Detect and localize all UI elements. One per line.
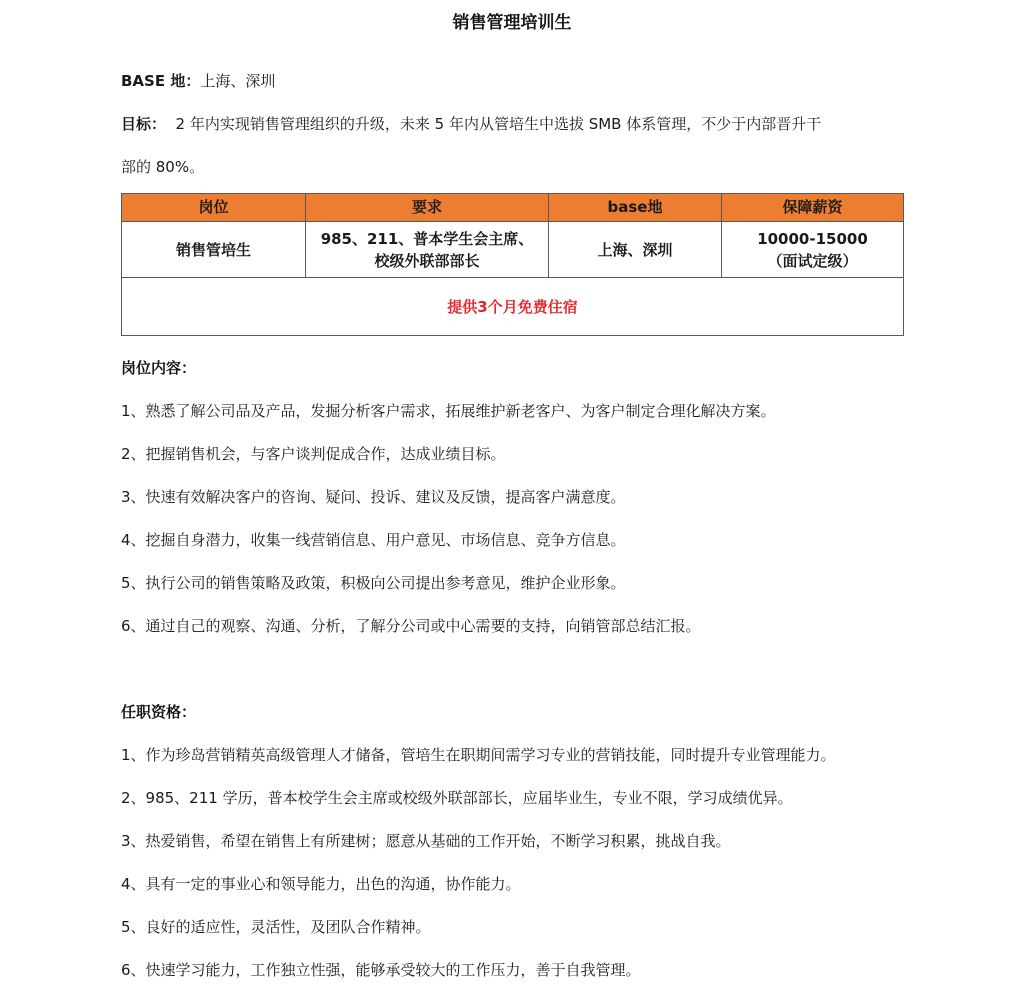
cell-position: 销售管培生 bbox=[122, 222, 306, 278]
goal-label: 目标： bbox=[121, 115, 166, 133]
header-base: base地 bbox=[549, 194, 722, 222]
qualification-item: 1、作为珍岛营销精英高级管理人才储备，管培生在职期间需学习专业的营销技能，同时提… bbox=[121, 744, 836, 765]
base-location: BASE 地：上海、深圳 bbox=[121, 70, 275, 91]
goal-text: 2 年内实现销售管理组织的升级，未来 5 年内从管培生中选拔 SMB 体系管理，… bbox=[166, 115, 821, 133]
base-label: BASE 地： bbox=[121, 72, 200, 90]
housing-note: 提供3个月免费住宿 bbox=[122, 278, 904, 336]
cell-requirement: 985、211、普本学生会主席、 校级外联部部长 bbox=[306, 222, 549, 278]
requirement-line-2: 校级外联部部长 bbox=[306, 250, 548, 272]
duties-heading: 岗位内容： bbox=[121, 357, 196, 378]
salary-note: （面试定级） bbox=[722, 250, 903, 272]
header-requirement: 要求 bbox=[306, 194, 549, 222]
qualification-item: 3、热爱销售，希望在销售上有所建树；愿意从基础的工作开始，不断学习积累，挑战自我… bbox=[121, 830, 731, 851]
page-title: 销售管理培训生 bbox=[0, 8, 1024, 33]
duty-item: 3、快速有效解决客户的咨询、疑问、投诉、建议及反馈，提高客户满意度。 bbox=[121, 486, 626, 507]
duty-item: 5、执行公司的销售策略及政策，积极向公司提出参考意见，维护企业形象。 bbox=[121, 572, 626, 593]
table-row: 销售管培生 985、211、普本学生会主席、 校级外联部部长 上海、深圳 100… bbox=[122, 222, 904, 278]
qualification-item: 4、具有一定的事业心和领导能力，出色的沟通，协作能力。 bbox=[121, 873, 521, 894]
goal: 目标： 2 年内实现销售管理组织的升级，未来 5 年内从管培生中选拔 SMB 体… bbox=[121, 113, 821, 134]
base-value: 上海、深圳 bbox=[200, 72, 275, 90]
table-note-row: 提供3个月免费住宿 bbox=[122, 278, 904, 336]
table-header-row: 岗位 要求 base地 保障薪资 bbox=[122, 194, 904, 222]
qualification-item: 6、快速学习能力，工作独立性强，能够承受较大的工作压力，善于自我管理。 bbox=[121, 959, 641, 980]
position-table: 岗位 要求 base地 保障薪资 销售管培生 985、211、普本学生会主席、 … bbox=[121, 193, 904, 336]
requirement-line-1: 985、211、普本学生会主席、 bbox=[306, 228, 548, 250]
duty-item: 4、挖掘自身潜力，收集一线营销信息、用户意见、市场信息、竞争方信息。 bbox=[121, 529, 626, 550]
qualification-item: 2、985、211 学历，普本校学生会主席或校级外联部部长，应届毕业生，专业不限… bbox=[121, 787, 793, 808]
cell-base: 上海、深圳 bbox=[549, 222, 722, 278]
qualifications-heading: 任职资格： bbox=[121, 701, 196, 722]
header-salary: 保障薪资 bbox=[722, 194, 904, 222]
duty-item: 1、熟悉了解公司品及产品，发掘分析客户需求，拓展维护新老客户、为客户制定合理化解… bbox=[121, 400, 776, 421]
qualification-item: 5、良好的适应性，灵活性，及团队合作精神。 bbox=[121, 916, 431, 937]
goal-continuation: 部的 80%。 bbox=[121, 156, 204, 177]
header-position: 岗位 bbox=[122, 194, 306, 222]
duty-item: 6、通过自己的观察、沟通、分析，了解分公司或中心需要的支持，向销管部总结汇报。 bbox=[121, 615, 701, 636]
salary-range: 10000-15000 bbox=[722, 228, 903, 250]
cell-salary: 10000-15000 （面试定级） bbox=[722, 222, 904, 278]
duty-item: 2、把握销售机会，与客户谈判促成合作，达成业绩目标。 bbox=[121, 443, 506, 464]
